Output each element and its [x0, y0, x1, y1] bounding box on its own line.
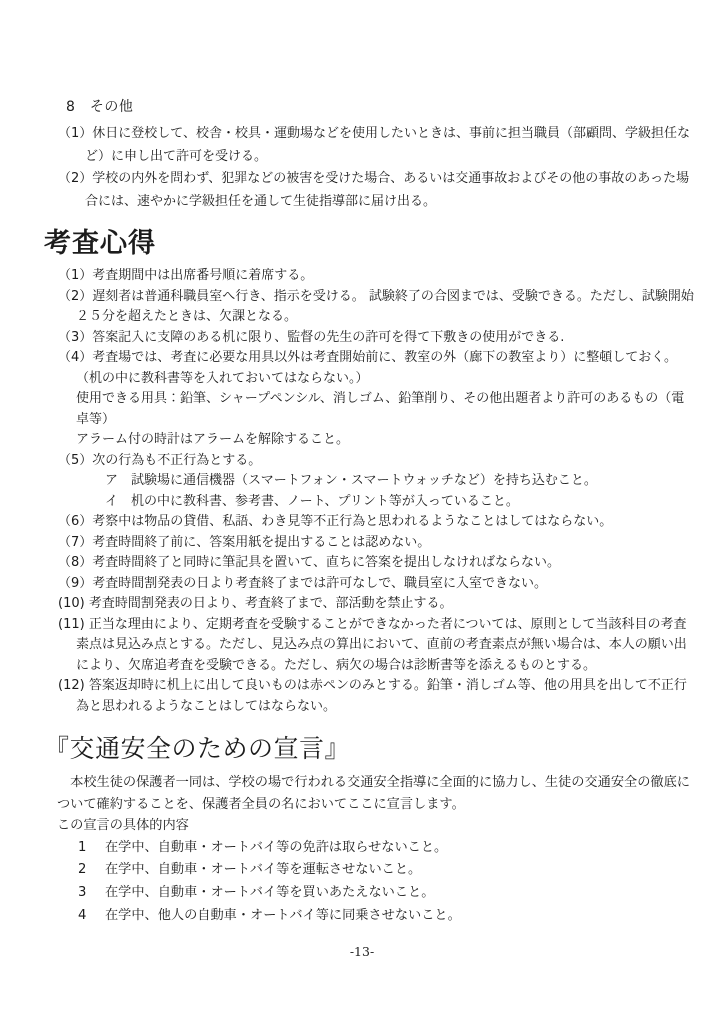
list-item: （5）次の行為も不正行為とする。ア 試験場に通信機器（スマートフォン・スマートウ… [44, 451, 696, 513]
sengen-subheading: この宣言の具体的内容 [57, 815, 696, 837]
declaration-item: 4在学中、他人の自動車・オートバイ等に同乗させないこと。 [44, 905, 696, 928]
declaration-item-number: 4 [78, 905, 105, 928]
list-subitem: イ 机の中に教科書、参考書、ノート、プリント等が入っていること。 [76, 492, 696, 513]
list-item: （4）考査場では、考査に必要な用具以外は考査開始前に、教室の外（廊下の教室より）… [44, 348, 696, 451]
kosa-list: （1）考査期間中は出席番号順に着席する。（2）遅刻者は普通科職員室へ行き、指示を… [44, 266, 696, 717]
sonota-list: （1）休日に登校して、校舎・校具・運動場などを使用したいときは、事前に担当職員（… [44, 123, 696, 213]
declaration-item: 1在学中、自動車・オートバイ等の免許は取らせないこと。 [44, 837, 696, 860]
section-heading-sonota: 8 その他 [66, 97, 696, 118]
list-item: （2）遅刻者は普通科職員室へ行き、指示を受ける。 試験終了の合図までは、受験でき… [44, 287, 696, 328]
list-subitem: ア 試験場に通信機器（スマートフォン・スマートウォッチなど）を持ち込むこと。 [76, 471, 696, 492]
list-item: （8）考査時間終了と同時に筆記具を置いて、直ちに答案を提出しなければならない。 [44, 553, 696, 574]
list-item: (10) 考査時間割発表の日より、考査終了まで、部活動を禁止する。 [44, 594, 696, 615]
list-item-continuation: アラーム付の時計はアラームを解除すること。 [76, 430, 696, 451]
list-item: （7）考査時間終了前に、答案用紙を提出することは認めない。 [44, 533, 696, 554]
declaration-item-number: 1 [78, 837, 105, 860]
declaration-item-text: 在学中、自動車・オートバイ等を運転させないこと。 [105, 859, 421, 882]
list-item: （6）考察中は物品の貸借、私語、わき見等不正行為と思われるようなことはしてはなら… [44, 512, 696, 533]
list-item-continuation: 使用できる用具：鉛筆、シャープペンシル、消しゴム、鉛筆削り、その他出題者より許可… [76, 389, 696, 430]
list-item: （2）学校の内外を問わず、犯罪などの被害を受けた場合、あるいは交通事故およびその… [44, 168, 696, 213]
page-number: -13- [0, 944, 724, 959]
section-heading-sengen: 『交通安全のための宣言』 [44, 733, 696, 765]
declaration-item: 2在学中、自動車・オートバイ等を運転させないこと。 [44, 859, 696, 882]
page-content: 8 その他 （1）休日に登校して、校舎・校具・運動場などを使用したいときは、事前… [0, 0, 724, 928]
declaration-item-number: 3 [78, 882, 105, 905]
list-item: （1）考査期間中は出席番号順に着席する。 [44, 266, 696, 287]
list-item: (12) 答案返却時に机上に出して良いものは赤ペンのみとする。鉛筆・消しゴム等、… [44, 676, 696, 717]
section-heading-kosa: 考査心得 [44, 228, 696, 259]
sengen-paragraph: 本校生徒の保護者一同は、学校の場で行われる交通安全指導に全面的に協力し、生徒の交… [57, 772, 696, 815]
sengen-list: 1在学中、自動車・オートバイ等の免許は取らせないこと。2在学中、自動車・オートバ… [44, 837, 696, 928]
list-item: （1）休日に登校して、校舎・校具・運動場などを使用したいときは、事前に担当職員（… [44, 123, 696, 168]
declaration-item-text: 在学中、自動車・オートバイ等の免許は取らせないこと。 [105, 837, 447, 860]
list-item: (11) 正当な理由により、定期考査を受験することができなかった者については、原… [44, 615, 696, 677]
declaration-item: 3在学中、自動車・オートバイ等を買いあたえないこと。 [44, 882, 696, 905]
document-page: 8 その他 （1）休日に登校して、校舎・校具・運動場などを使用したいときは、事前… [0, 0, 724, 1024]
list-item: （3）答案記入に支障のある机に限り、監督の先生の許可を得て下敷きの使用ができる. [44, 328, 696, 349]
declaration-item-number: 2 [78, 859, 105, 882]
declaration-item-text: 在学中、他人の自動車・オートバイ等に同乗させないこと。 [105, 905, 461, 928]
list-item: （9）考査時間割発表の日より考査終了までは許可なしで、職員室に入室できない。 [44, 574, 696, 595]
declaration-item-text: 在学中、自動車・オートバイ等を買いあたえないこと。 [105, 882, 434, 905]
